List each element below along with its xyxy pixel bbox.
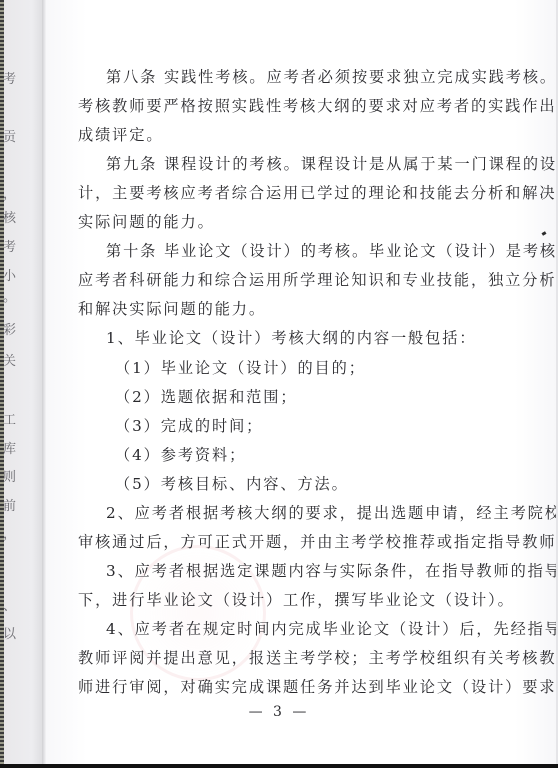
paragraph-line: 第十条 毕业论文（设计）的考核。毕业论文（设计）是考核 — [106, 237, 498, 266]
margin-bleed-char: 核 — [3, 212, 16, 225]
margin-bleed-char: 贡 — [3, 131, 16, 144]
margin-bleed-char: 、 — [3, 600, 16, 613]
paragraph-line: 4、应考者在规定时间内完成毕业论文（设计）后，先经指导 — [106, 615, 498, 644]
margin-bleed-char: 关 — [3, 355, 16, 368]
paragraph-line: （4）参考资料； — [115, 441, 498, 470]
paragraph-line: （5）考核目标、内容、方法。 — [115, 470, 498, 499]
paragraph-line: 审核通过后，方可正式开题，并由主考学校推荐或指定指导教师。 — [78, 528, 498, 557]
paragraph-line: 成绩评定。 — [78, 121, 498, 150]
paragraph-line: 2、应考者根据考核大纲的要求，提出选题申请，经主考院校 — [106, 499, 498, 528]
paragraph-line: 和解决实际问题的能力。 — [78, 295, 498, 324]
page-number: — 3 — — [0, 704, 558, 720]
paragraph-line: （3）完成的时间； — [115, 412, 498, 441]
paragraph-line: 应考者科研能力和综合运用所学理论知识和专业技能，独立分析 — [78, 266, 498, 295]
margin-bleed-char: 库 — [3, 443, 16, 456]
previous-page-margin — [4, 0, 44, 768]
paragraph-line: 3、应考者根据选定课题内容与实际条件，在指导教师的指导 — [106, 557, 498, 586]
paragraph-line: 第八条 实践性考核。应考者必须按要求独立完成实践考核。 — [106, 63, 498, 92]
paragraph-line: 计，主要考核应考者综合运用已学过的理论和技能去分析和解决 — [78, 179, 498, 208]
margin-bleed-char: ， — [3, 528, 16, 541]
margin-bleed-char: 前 — [3, 500, 16, 513]
paragraph-line: 实际问题的能力。 — [78, 208, 498, 237]
margin-bleed-char: 考 — [3, 73, 16, 86]
paragraph-line: （2）选题依据和范围； — [115, 383, 498, 412]
margin-bleed-char: 小 — [3, 270, 16, 283]
margin-bleed-char: 。 — [3, 291, 16, 304]
paragraph-line: 1、毕业论文（设计）考核大纲的内容一般包括： — [106, 324, 498, 353]
scan-edge-bottom — [0, 764, 558, 768]
paragraph-line: 教师评阅并提出意见，报送主考学校；主考学校组织有关考核教 — [78, 644, 498, 673]
paragraph-line: 下，进行毕业论文（设计）工作，撰写毕业论文（设计）。 — [78, 586, 498, 615]
margin-bleed-char: 则 — [3, 471, 16, 484]
paragraph-line: 第九条 课程设计的考核。课程设计是从属于某一门课程的设 — [106, 150, 498, 179]
margin-bleed-char: 以 — [3, 628, 16, 641]
margin-bleed-char: ， — [3, 188, 16, 201]
paragraph-line: （1）毕业论文（设计）的目的； — [115, 354, 498, 383]
margin-bleed-char: 工 — [3, 414, 16, 427]
paragraph-line: 考核教师要严格按照实践性考核大纲的要求对应考者的实践作出 — [78, 92, 498, 121]
paragraph-line: 师进行审阅，对确实完成课题任务并达到毕业论文（设计）要求 — [78, 673, 498, 702]
margin-bleed-char: 考 — [3, 241, 16, 254]
margin-bleed-char: 彩 — [3, 324, 16, 337]
